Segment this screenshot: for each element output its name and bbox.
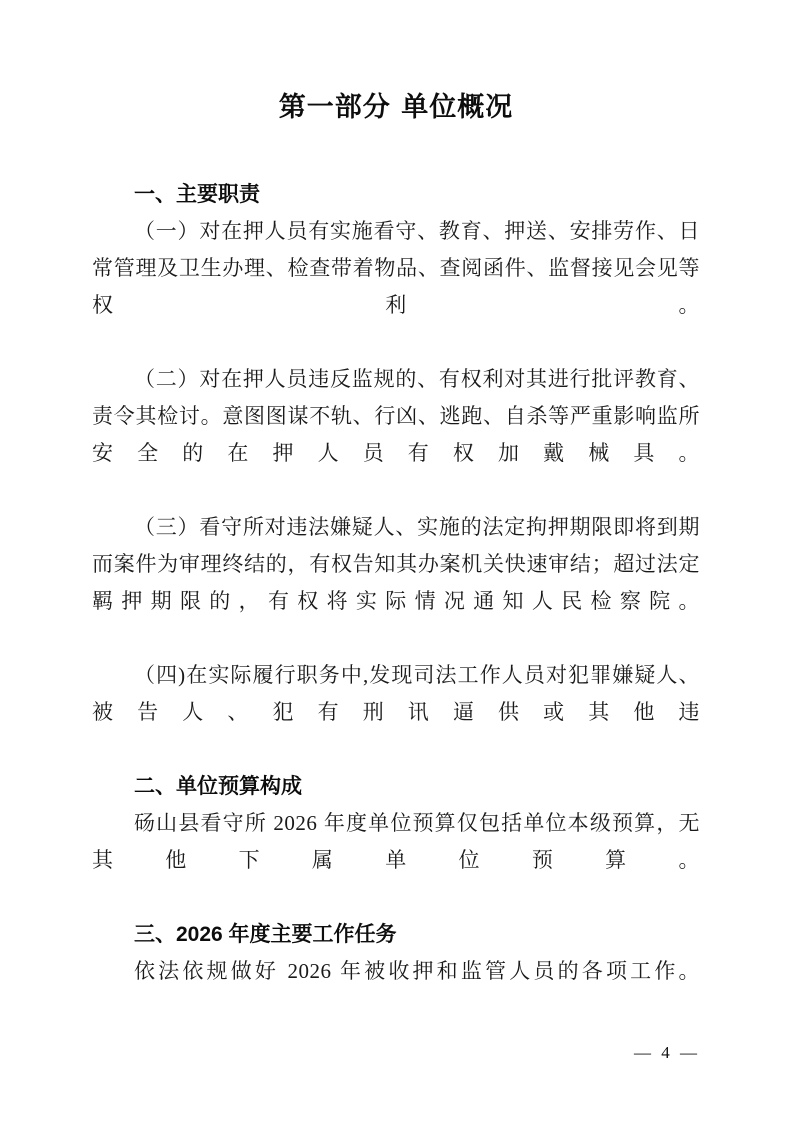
paragraph-duty-3: （三）看守所对违法嫌疑人、实施的法定拘押期限即将到期而案件为审理终结的，有权告知… xyxy=(92,509,700,657)
page-number: — 4 — xyxy=(634,1042,700,1064)
page-title: 第一部分 单位概况 xyxy=(92,88,700,128)
section-heading-budget-composition: 二、单位预算构成 xyxy=(92,768,700,805)
section-main-duties: 一、主要职责 （一）对在押人员有实施看守、教育、押送、安排劳作、日常管理及卫生办… xyxy=(92,176,700,768)
section-budget-composition: 二、单位预算构成 砀山县看守所 2026 年度单位预算仅包括单位本级预算，无其他… xyxy=(92,768,700,916)
paragraph-duty-2: （二）对在押人员违反监规的、有权利对其进行批评教育、责令其检讨。意图图谋不轨、行… xyxy=(92,361,700,509)
section-annual-tasks: 三、2026 年度主要工作任务 依法依规做好 2026 年被收押和监管人员的各项… xyxy=(92,916,700,1027)
section-heading-annual-tasks: 三、2026 年度主要工作任务 xyxy=(92,916,700,953)
paragraph-duty-1: （一）对在押人员有实施看守、教育、押送、安排劳作、日常管理及卫生办理、检查带着物… xyxy=(92,213,700,361)
paragraph-annual-tasks: 依法依规做好 2026 年被收押和监管人员的各项工作。 xyxy=(92,953,700,1027)
section-heading-main-duties: 一、主要职责 xyxy=(92,176,700,213)
paragraph-duty-4: （四)在实际履行职务中,发现司法工作人员对犯罪嫌疑人、被告人、犯有刑讯逼供或其他… xyxy=(92,657,700,768)
paragraph-budget-composition: 砀山县看守所 2026 年度单位预算仅包括单位本级预算，无其他下属单位预算。 xyxy=(92,805,700,916)
document-page: 第一部分 单位概况 一、主要职责 （一）对在押人员有实施看守、教育、押送、安排劳… xyxy=(0,0,793,1122)
document-content: 第一部分 单位概况 一、主要职责 （一）对在押人员有实施看守、教育、押送、安排劳… xyxy=(92,88,700,1027)
